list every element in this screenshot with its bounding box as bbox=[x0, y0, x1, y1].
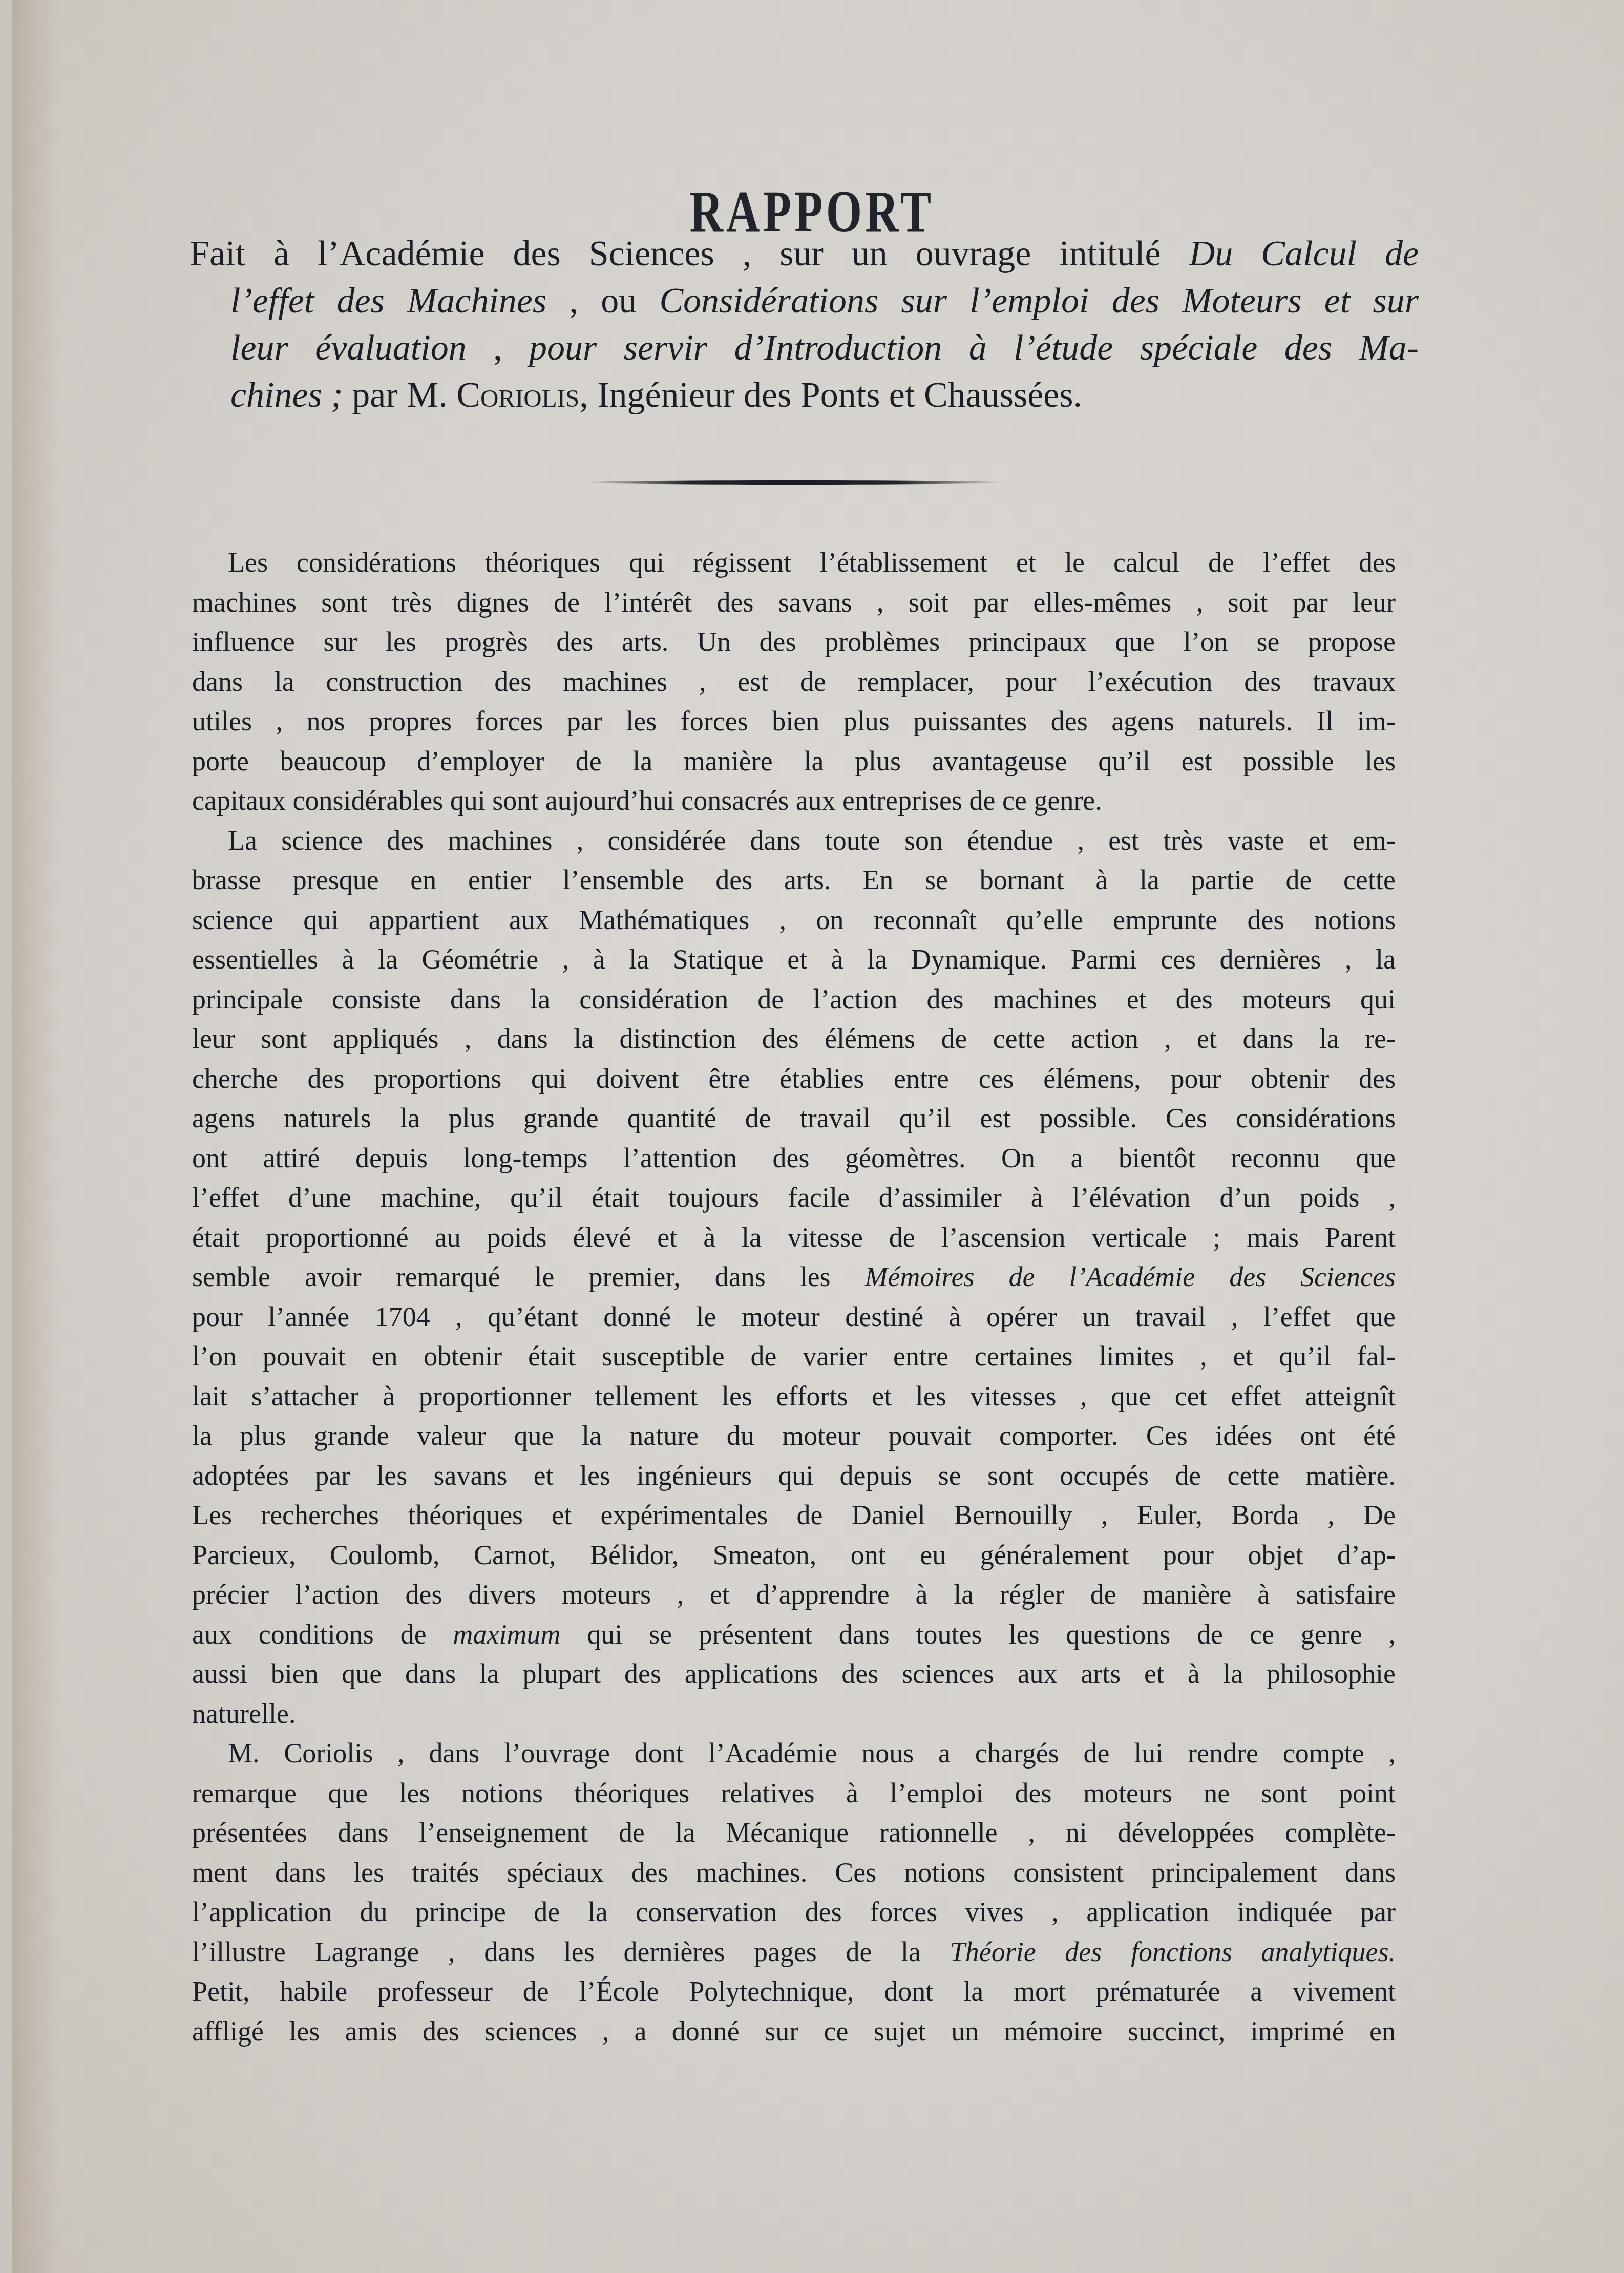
body-line: affligé les amis des sciences , a donné … bbox=[192, 2012, 1396, 2052]
body-line: brasse presque en entier l’ensemble des … bbox=[192, 860, 1396, 900]
italic-text: Considérations sur l’emploi des Moteurs … bbox=[659, 281, 1419, 321]
text-run: qui se présentent dans toutes les questi… bbox=[560, 1619, 1396, 1650]
body-line: cherche des proportions qui doivent être… bbox=[192, 1059, 1396, 1099]
subtitle-line: chines ; par M. Coriolis, Ingénieur des … bbox=[189, 372, 1419, 419]
subtitle-line: leur évaluation , pour servir d’Introduc… bbox=[189, 325, 1419, 372]
text-run: Fait à l’Académie des Sciences , sur un … bbox=[189, 234, 1189, 273]
text-run: était proportionné au poids élevé et à l… bbox=[192, 1222, 1396, 1253]
body-line: naturelle. bbox=[192, 1694, 1396, 1734]
text-run: principale consiste dans la considératio… bbox=[192, 984, 1396, 1015]
body-line: machines sont très dignes de l’intérêt d… bbox=[192, 583, 1396, 623]
text-run: pour l’année 1704 , qu’étant donné le mo… bbox=[192, 1301, 1396, 1332]
text-run: essentielles à la Géométrie , à la Stati… bbox=[192, 944, 1396, 975]
body-line: l’on pouvait en obtenir était susceptibl… bbox=[192, 1337, 1396, 1377]
text-run: adoptées par les savans et les ingénieur… bbox=[192, 1460, 1396, 1491]
text-run: Les considérations théoriques qui régiss… bbox=[228, 547, 1396, 578]
body-line: ment dans les traités spéciaux des machi… bbox=[192, 1853, 1396, 1893]
text-run: naturelle. bbox=[192, 1698, 296, 1729]
body-line: était proportionné au poids élevé et à l… bbox=[192, 1218, 1396, 1258]
body-line: Les considérations théoriques qui régiss… bbox=[192, 543, 1396, 583]
body-line: semble avoir remarqué le premier, dans l… bbox=[192, 1257, 1396, 1297]
text-run: M. Coriolis , dans l’ouvrage dont l’Acad… bbox=[228, 1738, 1396, 1769]
text-run: ont attiré depuis long-temps l’attention… bbox=[192, 1143, 1396, 1173]
body-line: Parcieux, Coulomb, Carnot, Bélidor, Smea… bbox=[192, 1535, 1396, 1575]
text-run: semble avoir remarqué le premier, dans l… bbox=[192, 1261, 865, 1292]
body-line: Petit, habile professeur de l’École Poly… bbox=[192, 1972, 1396, 2012]
text-run: la plus grande valeur que la nature du m… bbox=[192, 1420, 1396, 1451]
body-line: essentielles à la Géométrie , à la Stati… bbox=[192, 940, 1396, 980]
text-run: agens naturels la plus grande quantité d… bbox=[192, 1103, 1396, 1133]
text-run: brasse presque en entier l’ensemble des … bbox=[192, 865, 1396, 895]
body-line: aussi bien que dans la plupart des appli… bbox=[192, 1654, 1396, 1694]
body-line: leur sont appliqués , dans la distinctio… bbox=[192, 1019, 1396, 1059]
italic-text: l’effet des Machines bbox=[230, 281, 546, 321]
text-run: ment dans les traités spéciaux des machi… bbox=[192, 1857, 1396, 1888]
text-run: remarque que les notions théoriques rela… bbox=[192, 1778, 1396, 1808]
text-run: Parcieux, Coulomb, Carnot, Bélidor, Smea… bbox=[192, 1540, 1396, 1570]
italic-text: Mémoires de l’Académie des Sciences bbox=[865, 1261, 1396, 1292]
text-run: science qui appartient aux Mathématiques… bbox=[192, 904, 1396, 935]
body-line: aux conditions de maximum qui se présent… bbox=[192, 1615, 1396, 1655]
body-line: ont attiré depuis long-temps l’attention… bbox=[192, 1139, 1396, 1178]
text-run: La science des machines , considérée dan… bbox=[228, 825, 1396, 856]
text-run: , ou bbox=[546, 281, 659, 321]
italic-text: Théorie des fonctions analytiques. bbox=[950, 1937, 1396, 1967]
body-line: utiles , nos propres forces par les forc… bbox=[192, 702, 1396, 742]
body-line: précier l’action des divers moteurs , et… bbox=[192, 1575, 1396, 1615]
text-run: l’on pouvait en obtenir était susceptibl… bbox=[192, 1341, 1396, 1372]
report-subtitle: Fait à l’Académie des Sciences , sur un … bbox=[189, 230, 1419, 419]
body-line: l’effet d’une machine, qu’il était toujo… bbox=[192, 1178, 1396, 1218]
body-line: adoptées par les savans et les ingénieur… bbox=[192, 1456, 1396, 1496]
text-run: cherche des proportions qui doivent être… bbox=[192, 1063, 1396, 1094]
body-line: l’application du principe de la conserva… bbox=[192, 1892, 1396, 1932]
text-run: affligé les amis des sciences , a donné … bbox=[192, 2016, 1396, 2047]
text-run: l’application du principe de la conserva… bbox=[192, 1897, 1396, 1927]
text-run: utiles , nos propres forces par les forc… bbox=[192, 706, 1396, 736]
body-line: La science des machines , considérée dan… bbox=[192, 821, 1396, 861]
body-line: l’illustre Lagrange , dans les dernières… bbox=[192, 1932, 1396, 1972]
body-line: remarque que les notions théoriques rela… bbox=[192, 1774, 1396, 1814]
body-line: principale consiste dans la considératio… bbox=[192, 980, 1396, 1020]
text-run: , bbox=[467, 328, 529, 368]
text-run: l’effet d’une machine, qu’il était toujo… bbox=[192, 1182, 1396, 1213]
subtitle-line: l’effet des Machines , ou Considérations… bbox=[189, 278, 1419, 325]
body-line: capitaux considérables qui sont aujourd’… bbox=[192, 781, 1396, 821]
italic-text: leur évaluation bbox=[230, 328, 467, 368]
text-run: Coriolis bbox=[456, 375, 579, 415]
text-run: capitaux considérables qui sont aujourd’… bbox=[192, 785, 1102, 816]
body-line: lait s’attacher à proportionner tellemen… bbox=[192, 1377, 1396, 1417]
body-line: Les recherches théoriques et expérimenta… bbox=[192, 1496, 1396, 1535]
subtitle-line: Fait à l’Académie des Sciences , sur un … bbox=[189, 230, 1419, 278]
text-run: par M. bbox=[343, 375, 457, 415]
italic-text: chines ; bbox=[230, 375, 343, 415]
text-run: lait s’attacher à proportionner tellemen… bbox=[192, 1381, 1396, 1412]
binding-edge bbox=[0, 0, 12, 2273]
body-line: porte beaucoup d’employer de la manière … bbox=[192, 742, 1396, 782]
text-run: leur sont appliqués , dans la distinctio… bbox=[192, 1023, 1396, 1054]
body-line: présentées dans l’enseignement de la Méc… bbox=[192, 1813, 1396, 1853]
italic-text: Du Calcul de bbox=[1189, 234, 1419, 273]
body-line: M. Coriolis , dans l’ouvrage dont l’Acad… bbox=[192, 1734, 1396, 1774]
italic-text: pour servir d’Introduction à l’étude spé… bbox=[529, 328, 1419, 368]
body-line: pour l’année 1704 , qu’étant donné le mo… bbox=[192, 1297, 1396, 1337]
text-run: aux conditions de bbox=[192, 1619, 453, 1650]
text-run: influence sur les progrès des arts. Un d… bbox=[192, 626, 1396, 657]
decorative-rule bbox=[584, 480, 1004, 485]
text-run: machines sont très dignes de l’intérêt d… bbox=[192, 587, 1396, 618]
body-line: dans la construction des machines , est … bbox=[192, 662, 1396, 702]
italic-text: maximum bbox=[453, 1619, 560, 1650]
report-body: Les considérations théoriques qui régiss… bbox=[192, 543, 1396, 2051]
text-run: présentées dans l’enseignement de la Méc… bbox=[192, 1817, 1396, 1848]
body-line: influence sur les progrès des arts. Un d… bbox=[192, 622, 1396, 662]
text-run: aussi bien que dans la plupart des appli… bbox=[192, 1658, 1396, 1689]
body-line: agens naturels la plus grande quantité d… bbox=[192, 1099, 1396, 1139]
text-run: l’illustre Lagrange , dans les dernières… bbox=[192, 1937, 950, 1967]
text-run: dans la construction des machines , est … bbox=[192, 666, 1396, 697]
body-line: science qui appartient aux Mathématiques… bbox=[192, 900, 1396, 940]
text-run: précier l’action des divers moteurs , et… bbox=[192, 1579, 1396, 1610]
text-run: , Ingénieur des Ponts et Chaussées. bbox=[579, 375, 1082, 415]
gutter-shadow bbox=[12, 0, 58, 2273]
body-line: la plus grande valeur que la nature du m… bbox=[192, 1416, 1396, 1456]
text-run: porte beaucoup d’employer de la manière … bbox=[192, 746, 1396, 776]
text-run: Les recherches théoriques et expérimenta… bbox=[192, 1500, 1396, 1530]
text-run: Petit, habile professeur de l’École Poly… bbox=[192, 1976, 1396, 2007]
